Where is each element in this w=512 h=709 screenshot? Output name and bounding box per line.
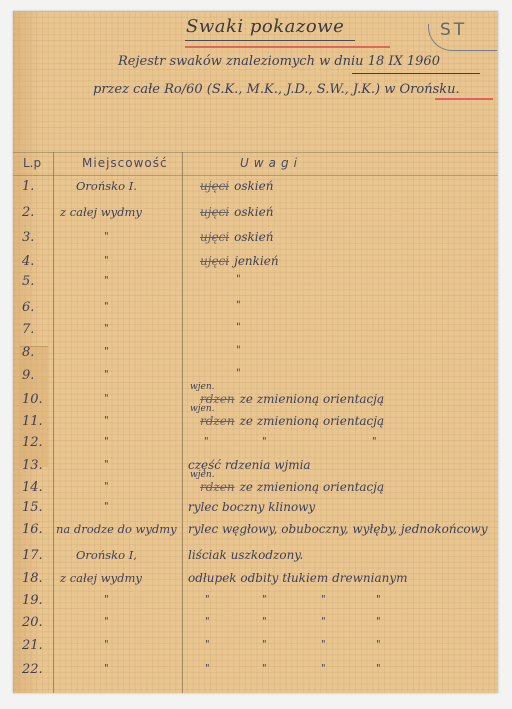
row-note: rdzenze zmienioną orientacją xyxy=(200,480,384,494)
row-location: " xyxy=(104,594,109,605)
row-number: 1. xyxy=(22,179,34,194)
column-divider-lp xyxy=(53,152,54,693)
row-number: 9. xyxy=(22,368,34,383)
note-text: " xyxy=(236,300,241,311)
row-number: 20. xyxy=(22,615,43,630)
note-correction-above: wjen. xyxy=(190,470,214,480)
row-location: " xyxy=(104,301,109,312)
note-text: " xyxy=(236,345,241,356)
row-number: 6. xyxy=(22,300,34,315)
title-underline xyxy=(185,40,355,41)
row-number: 17. xyxy=(22,548,43,563)
row-note: " xyxy=(236,322,241,333)
row-number: 12. xyxy=(22,435,43,450)
row-note: ujęcioskień xyxy=(200,205,273,219)
row-location: Orońsko I. xyxy=(76,179,137,193)
note-struck-text: ujęci xyxy=(200,205,229,219)
note-ditto-mark: " xyxy=(376,663,381,674)
row-number: 15. xyxy=(22,500,43,515)
subtitle-line-1: Rejestr swaków znaleziomych w dniu 18 IX… xyxy=(118,54,440,69)
note-ditto-mark: " xyxy=(321,663,326,674)
note-text: liściak uszkodzony. xyxy=(188,548,303,562)
row-location: " xyxy=(104,323,109,334)
row-number: 5. xyxy=(22,274,34,289)
row-location: z całej wydmy xyxy=(60,205,142,219)
row-location: " xyxy=(104,501,109,512)
row-note: liściak uszkodzony. xyxy=(188,548,303,562)
note-ditto-mark: " xyxy=(205,639,210,650)
row-location: " xyxy=(104,663,109,674)
header-bottom-rule xyxy=(13,175,498,176)
title-underline-red xyxy=(185,46,390,48)
note-struck-text: rdzen xyxy=(200,414,235,428)
row-location: z całej wydmy xyxy=(60,571,142,585)
document-page xyxy=(13,11,498,693)
row-note: ujęcioskień xyxy=(200,179,273,193)
note-ditto-mark: " xyxy=(205,594,210,605)
note-ditto-mark: " xyxy=(205,616,210,627)
note-ditto-mark: " xyxy=(262,639,267,650)
row-note: " xyxy=(236,300,241,311)
row-note: odłupek odbity tłukiem drewnianym xyxy=(188,571,407,585)
note-text: jenkień xyxy=(234,254,279,268)
row-number: 3. xyxy=(22,230,34,245)
row-number: 8. xyxy=(22,345,34,360)
row-number: 18. xyxy=(22,571,43,586)
row-number: 13. xyxy=(22,458,43,473)
row-location: " xyxy=(104,436,109,447)
row-location: " xyxy=(104,459,109,470)
note-text: " xyxy=(236,368,241,379)
row-number: 22. xyxy=(22,662,43,677)
note-text: ze zmienioną orientacją xyxy=(240,414,385,428)
note-ditto-mark: " xyxy=(372,436,377,447)
note-ditto-mark: " xyxy=(204,436,209,447)
note-ditto-mark: " xyxy=(262,436,267,447)
note-struck-text: ujęci xyxy=(200,179,229,193)
row-number: 11. xyxy=(22,414,43,429)
row-location: " xyxy=(104,346,109,357)
row-location: " xyxy=(104,616,109,627)
row-note: " xyxy=(236,368,241,379)
note-text: ze zmienioną orientacją xyxy=(240,392,385,406)
note-ditto-mark: " xyxy=(262,594,267,605)
row-note: " xyxy=(236,274,241,285)
note-ditto-mark: " xyxy=(262,616,267,627)
note-text: oskień xyxy=(234,205,273,219)
note-struck-text: rdzen xyxy=(200,480,235,494)
row-number: 2. xyxy=(22,205,34,220)
note-ditto-mark: " xyxy=(376,616,381,627)
place-underline-red xyxy=(435,98,493,100)
row-location: " xyxy=(104,231,109,242)
note-struck-text: ujęci xyxy=(200,254,229,268)
row-location: " xyxy=(104,393,109,404)
note-text: rylec boczny klinowy xyxy=(188,500,315,514)
row-location: na drodze do wydmy xyxy=(56,522,177,536)
note-ditto-mark: " xyxy=(205,663,210,674)
row-location: " xyxy=(104,481,109,492)
row-number: 10. xyxy=(22,392,43,407)
row-location: " xyxy=(104,369,109,380)
row-note: ujęcijenkień xyxy=(200,254,279,268)
note-ditto-mark: " xyxy=(376,594,381,605)
row-location: " xyxy=(104,415,109,426)
row-number: 7. xyxy=(22,322,34,337)
row-number: 16. xyxy=(22,522,43,537)
row-number: 4. xyxy=(22,254,34,269)
note-ditto-mark: " xyxy=(262,663,267,674)
row-number: 14. xyxy=(22,480,43,495)
note-correction-above: wjen. xyxy=(190,404,214,414)
note-text: " xyxy=(236,322,241,333)
header-notes: Uwagi xyxy=(240,156,302,170)
note-text: ze zmienioną orientacją xyxy=(240,480,385,494)
row-note: rdzenze zmienioną orientacją xyxy=(200,414,384,428)
date-underline xyxy=(352,73,480,74)
row-number: 21. xyxy=(22,638,43,653)
note-text: oskień xyxy=(234,230,273,244)
subtitle-line-2: przez całe Ro/60 (S.K., M.K., J.D., S.W.… xyxy=(93,82,460,97)
row-note: ujęcioskień xyxy=(200,230,273,244)
note-text: " xyxy=(236,274,241,285)
note-text: rylec węgłowy, obuboczny, wyłęby, jednok… xyxy=(188,522,488,536)
table-top-rule xyxy=(13,152,498,153)
row-location: " xyxy=(104,275,109,286)
row-location: " xyxy=(104,255,109,266)
header-location: Miejscowość xyxy=(82,156,168,170)
note-ditto-mark: " xyxy=(321,616,326,627)
row-note: rylec boczny klinowy xyxy=(188,500,315,514)
row-note: rylec węgłowy, obuboczny, wyłęby, jednok… xyxy=(188,522,488,536)
row-note: " xyxy=(236,345,241,356)
column-divider-location xyxy=(182,152,183,693)
row-location: " xyxy=(104,639,109,650)
note-struck-text: ujęci xyxy=(200,230,229,244)
row-location: Orońsko I, xyxy=(76,548,137,562)
note-text: oskień xyxy=(234,179,273,193)
document-title: Swaki pokazowe xyxy=(186,16,344,37)
note-ditto-mark: " xyxy=(321,594,326,605)
note-ditto-mark: " xyxy=(321,639,326,650)
note-text: odłupek odbity tłukiem drewnianym xyxy=(188,571,407,585)
header-lp: L.p xyxy=(23,156,41,170)
note-correction-above: wjen. xyxy=(190,382,214,392)
row-note: rdzenze zmienioną orientacją xyxy=(200,392,384,406)
note-ditto-mark: " xyxy=(376,639,381,650)
stamp-label: ST xyxy=(440,20,467,40)
row-number: 19. xyxy=(22,593,43,608)
